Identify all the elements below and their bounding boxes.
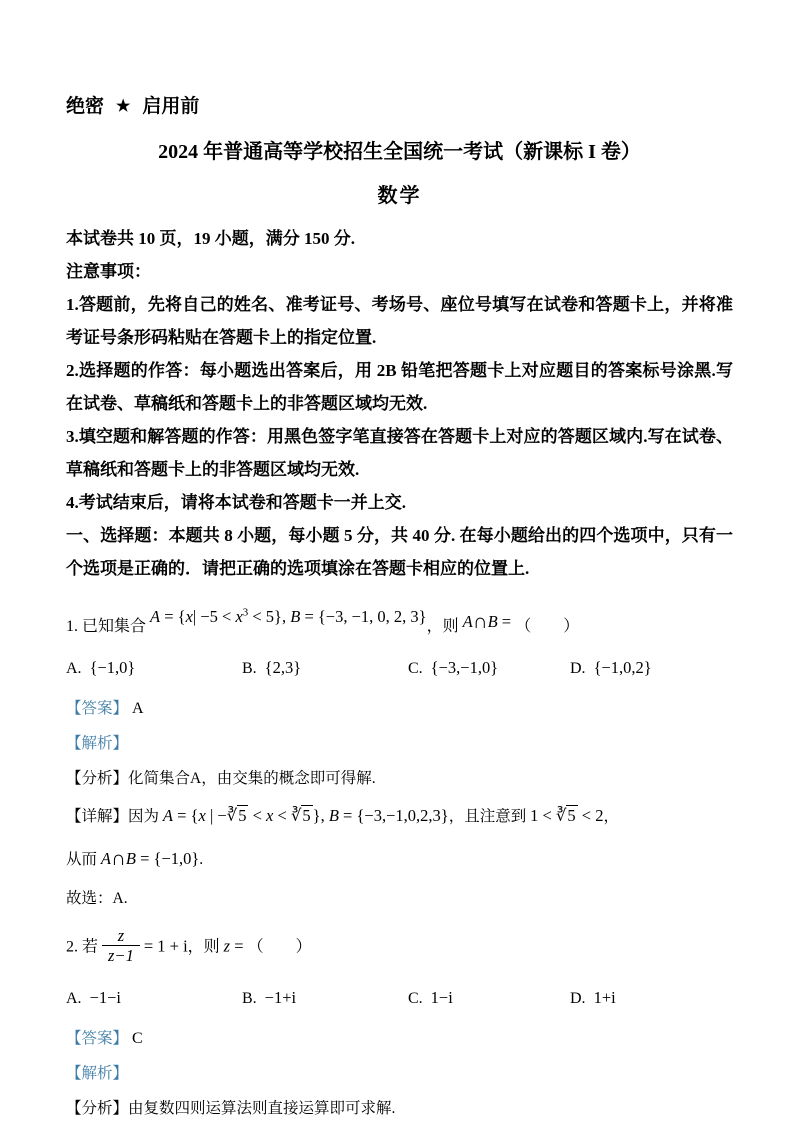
q2-analysis-text: 由复数四则运算法则直接运算即可求解. (128, 1100, 395, 1117)
q2-answer-line: 【答案】C (66, 1027, 733, 1050)
q1-conclusion-tail: . (199, 851, 203, 868)
detail-label: 【详解】 (66, 808, 128, 825)
q2-options: A.−1−i B.−1+i C.1−i D.1+i (66, 986, 733, 1011)
explain-label: 【解析】 (66, 735, 128, 752)
q1-conclusion-line: 从而 A∩B = {−1,0}. (66, 847, 733, 871)
q2-fraction-numerator: z (102, 926, 140, 945)
q1-prefix: 1. 已知集合 (66, 618, 150, 635)
q1-detail-formula-2: 1 < ∛5 < 2 (530, 805, 603, 825)
answer-label: 【答案】 (66, 1030, 128, 1047)
section1-heading: 一、选择题：本题共 8 小题，每小题 5 分，共 40 分. 在每小题给出的四个… (66, 519, 733, 585)
question-1-stem: 1. 已知集合 A = {x| −5 < x3 < 5}, B = {−3, −… (66, 601, 733, 640)
q1-analysis-line: 【分析】化简集合A，由交集的概念即可得解. (66, 767, 733, 790)
star-icon: ★ (116, 98, 130, 115)
q2-equation-rhs: = 1 + i (144, 937, 188, 956)
q1-detail-line: 【详解】因为 A = {x | −∛5 < x < ∛5}, B = {−3,−… (66, 802, 733, 831)
q1-answer-brackets: （ ） (515, 618, 579, 635)
question-2-stem: 2. 若zz−1= 1 + i，则 z = （ ） (66, 926, 733, 970)
q2-fraction: zz−1 (102, 926, 140, 970)
q2-answer-brackets: （ ） (248, 939, 312, 956)
q2-answer-value: C (132, 1030, 143, 1047)
notice-item-3: 3.填空题和解答题的作答：用黑色签字笔直接答在答题卡上对应的答题区域内.写在试卷… (66, 420, 733, 486)
q2-option-b: B.−1+i (242, 986, 408, 1011)
q1-analysis-text: 化简集合A，由交集的概念即可得解. (128, 770, 376, 787)
q2-explain-line: 【解析】 (66, 1062, 733, 1085)
notice-item-1: 1.答题前，先将自己的姓名、准考证号、考场号、座位号填写在试卷和答题卡上，并将准… (66, 288, 733, 354)
notice-item-2: 2.选择题的作答：每小题选出答案后，用 2B 铅笔把答题卡上对应题目的答案标号涂… (66, 354, 733, 420)
q1-choice-line: 故选：A. (66, 887, 733, 910)
q1-conclusion-formula: A∩B = {−1,0} (101, 849, 199, 868)
q1-detail-prefix: 因为 (128, 808, 163, 825)
q2-analysis-line: 【分析】由复数四则运算法则直接运算即可求解. (66, 1097, 733, 1120)
explain-label: 【解析】 (66, 1065, 128, 1082)
q2-fraction-denominator: z−1 (102, 945, 140, 965)
q1-answer-value: A (132, 700, 144, 717)
q2-z-formula: z = (224, 937, 248, 956)
analysis-label: 【分析】 (66, 770, 128, 787)
answer-label: 【答案】 (66, 700, 128, 717)
q1-intersection-formula: A∩B = (463, 612, 516, 631)
notice-item-4: 4.考试结束后，请将本试卷和答题卡一并上交. (66, 486, 733, 519)
q1-option-b: B.{2,3} (242, 656, 408, 681)
q1-option-c: C.{−3,−1,0} (408, 656, 570, 681)
q1-explain-line: 【解析】 (66, 732, 733, 755)
exam-title: 2024 年普通高等学校招生全国统一考试（新课标 I 卷） (66, 138, 733, 166)
q2-then: ，则 (188, 939, 224, 956)
subject-title: 数学 (66, 182, 733, 210)
q1-detail-mid: ，且注意到 (449, 808, 530, 825)
q1-then: ，则 (427, 618, 463, 635)
q1-conclusion-prefix: 从而 (66, 851, 101, 868)
exam-page: 绝密★启用前 2024 年普通高等学校招生全国统一考试（新课标 I 卷） 数学 … (0, 0, 793, 1122)
secrecy-line: 绝密★启用前 (66, 94, 733, 120)
q1-detail-tail: ， (603, 808, 619, 825)
q1-detail-formula: A = {x | −∛5 < x < ∛5}, B = {−3,−1,0,2,3… (163, 805, 449, 825)
q1-options: A.{−1,0} B.{2,3} C.{−3,−1,0} D.{−1,0,2} (66, 656, 733, 681)
q1-option-a: A.{−1,0} (66, 656, 242, 681)
q2-option-a: A.−1−i (66, 986, 242, 1011)
notice-title: 注意事项： (66, 255, 733, 288)
q2-option-c: C.1−i (408, 986, 570, 1011)
paper-info: 本试卷共 10 页，19 小题，满分 150 分. (66, 222, 733, 255)
q1-set-formula: A = {x| −5 < x3 < 5}, B = {−3, −1, 0, 2,… (150, 607, 427, 626)
usage-label: 启用前 (142, 96, 199, 117)
classification-label: 绝密 (66, 96, 104, 117)
q2-option-d: D.1+i (570, 986, 733, 1011)
q2-prefix: 2. 若 (66, 939, 98, 956)
analysis-label: 【分析】 (66, 1100, 128, 1117)
q1-answer-line: 【答案】A (66, 697, 733, 720)
q1-option-d: D.{−1,0,2} (570, 656, 733, 681)
